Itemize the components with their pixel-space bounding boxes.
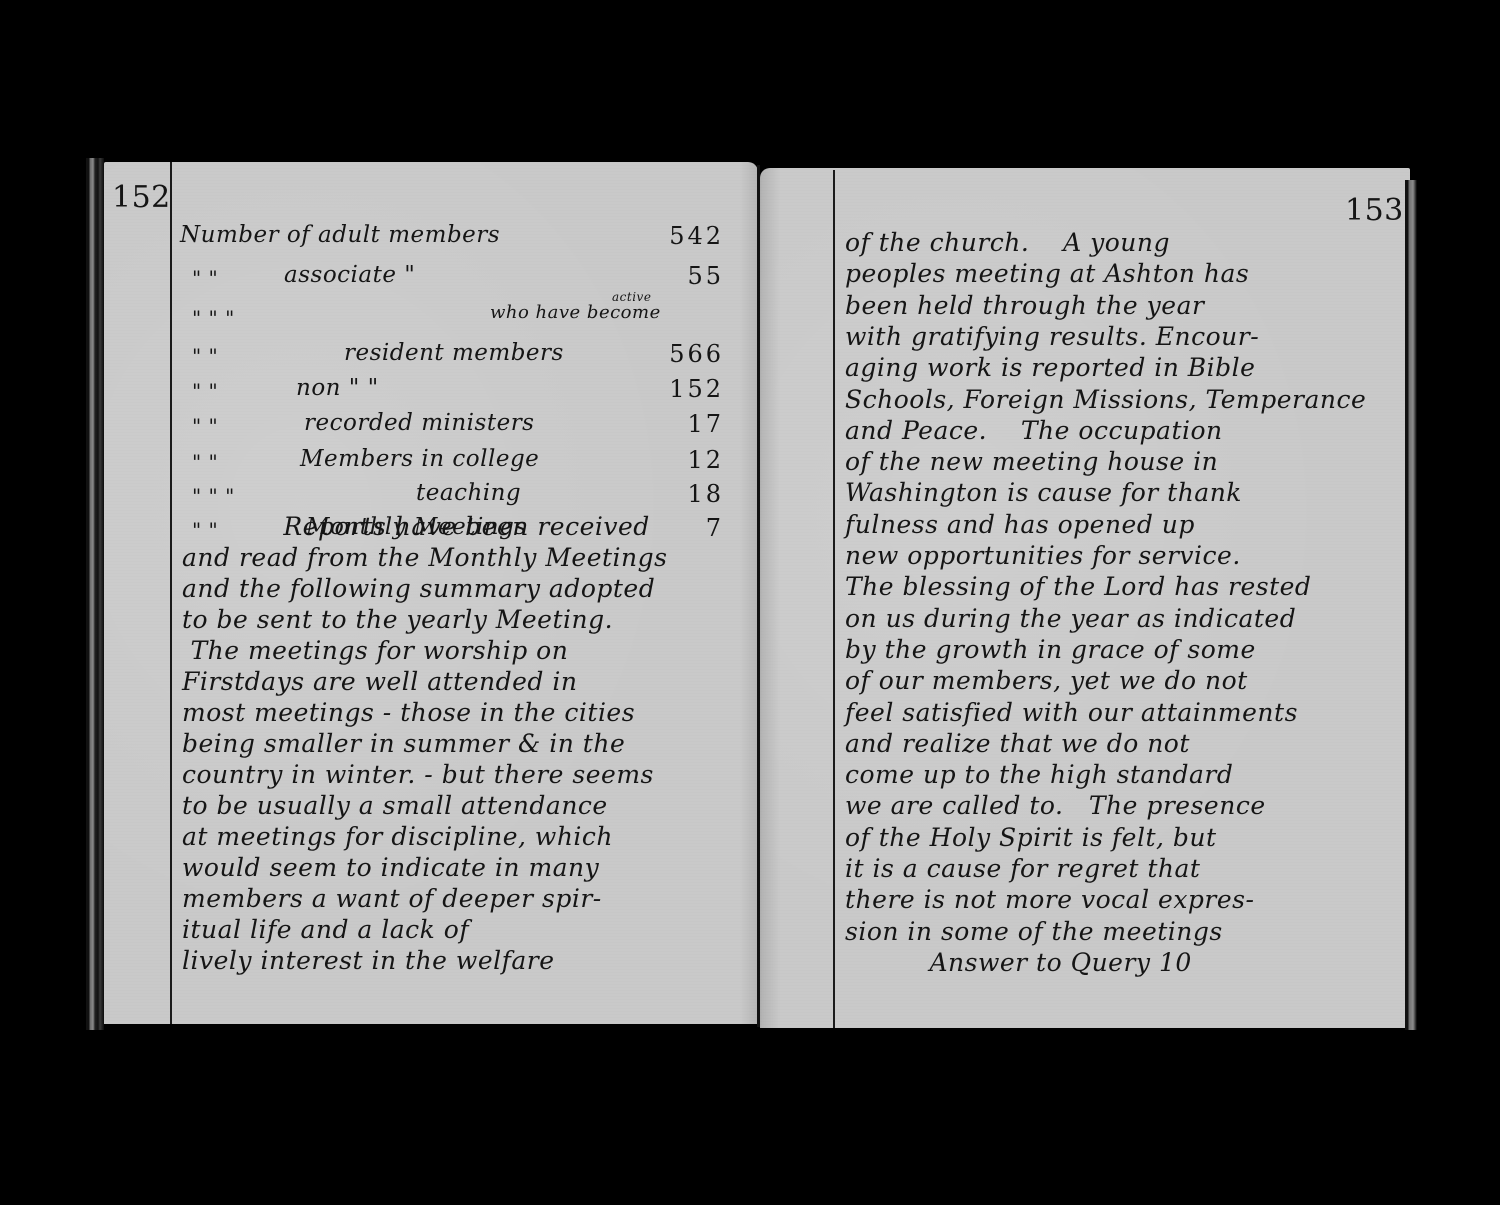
- page-number-right: 153: [1345, 193, 1404, 228]
- handwritten-line: and Peace. The occupation: [845, 416, 1223, 445]
- tally-row: " "resident members566: [180, 340, 740, 370]
- ditto-marks: " " ": [192, 484, 235, 508]
- tally-value: 17: [687, 410, 724, 438]
- right-page-edge: [1405, 180, 1417, 1030]
- tally-value: 7: [706, 514, 724, 542]
- handwritten-line: on us during the year as indicated: [845, 604, 1296, 633]
- handwritten-line: at meetings for discipline, which: [182, 822, 613, 851]
- tally-label: associate ": [284, 262, 415, 288]
- tally-row: " " "teaching18: [180, 480, 740, 510]
- ditto-marks: " ": [192, 450, 218, 474]
- handwritten-line: country in winter. - but there seems: [182, 760, 654, 789]
- handwritten-line: The meetings for worship on: [182, 636, 568, 665]
- handwritten-line: come up to the high standard: [845, 760, 1233, 789]
- ditto-marks: " " ": [192, 306, 235, 330]
- handwritten-line: itual life and a lack of: [182, 915, 469, 944]
- handwritten-line: The blessing of the Lord has rested: [845, 572, 1311, 601]
- tally-value: 55: [687, 262, 724, 290]
- ditto-marks: " ": [192, 414, 218, 438]
- tally-value: 18: [687, 480, 724, 508]
- handwritten-line: of our members, yet we do not: [845, 666, 1248, 695]
- tally-value: 152: [669, 375, 724, 403]
- handwritten-line: lively interest in the welfare: [182, 946, 555, 975]
- handwritten-line: Reports have been received: [182, 512, 650, 541]
- tally-label: resident members: [344, 340, 564, 366]
- tally-value: 566: [669, 340, 724, 368]
- left-binding-strip: [86, 158, 104, 1030]
- tally-row: Number of adult members542: [180, 222, 740, 252]
- ditto-marks: " ": [192, 379, 218, 403]
- tally-label: non " ": [296, 375, 379, 401]
- tally-label: Number of adult members: [180, 222, 500, 248]
- handwritten-line: it is a cause for regret that: [845, 854, 1200, 883]
- handwritten-line: of the church. A young: [845, 228, 1170, 257]
- handwritten-line: sion in some of the meetings: [845, 917, 1223, 946]
- handwritten-line: Washington is cause for thank: [845, 478, 1242, 507]
- left-margin-rule: [170, 162, 172, 1024]
- handwritten-line: there is not more vocal expres-: [845, 885, 1254, 914]
- handwritten-line: and realize that we do not: [845, 729, 1190, 758]
- handwritten-line: would seem to indicate in many: [182, 853, 599, 882]
- tally-label: teaching: [416, 480, 521, 506]
- handwritten-line: feel satisfied with our attainments: [845, 698, 1298, 727]
- handwritten-line: Answer to Query 10: [845, 948, 1192, 977]
- handwritten-line: of the new meeting house in: [845, 447, 1218, 476]
- handwritten-line: and read from the Monthly Meetings: [182, 543, 667, 572]
- tally-value: 12: [687, 446, 724, 474]
- page-number-left: 152: [112, 180, 171, 215]
- ditto-marks: " ": [192, 344, 218, 368]
- handwritten-line: and the following summary adopted: [182, 574, 655, 603]
- handwritten-line: we are called to. The presence: [845, 791, 1266, 820]
- handwritten-line: peoples meeting at Ashton has: [845, 259, 1249, 288]
- handwritten-line: Firstdays are well attended in: [182, 667, 577, 696]
- handwritten-line: been held through the year: [845, 291, 1204, 320]
- handwritten-line: being smaller in summer & in the: [182, 729, 625, 758]
- tally-insertion: active: [612, 290, 651, 304]
- handwritten-line: most meetings - those in the cities: [182, 698, 635, 727]
- tally-value: 542: [669, 222, 724, 250]
- handwritten-line: new opportunities for service.: [845, 541, 1241, 570]
- handwritten-line: of the Holy Spirit is felt, but: [845, 823, 1217, 852]
- handwritten-line: fulness and has opened up: [845, 510, 1195, 539]
- tally-label: Members in college: [300, 446, 539, 472]
- tally-row: " "associate "55: [180, 262, 740, 292]
- handwritten-line: with gratifying results. Encour-: [845, 322, 1259, 351]
- tally-row: " "recorded ministers17: [180, 410, 740, 440]
- tally-label: who have become: [490, 302, 661, 323]
- tally-row: " "non " "152: [180, 375, 740, 405]
- handwritten-line: to be usually a small attendance: [182, 791, 608, 820]
- tally-row: " "Members in college12: [180, 446, 740, 476]
- tally-row: " " "who have becomeactive: [180, 302, 740, 332]
- handwritten-line: Schools, Foreign Missions, Temperance: [845, 385, 1366, 414]
- ditto-marks: " ": [192, 266, 218, 290]
- book-spine: [757, 165, 760, 1027]
- right-margin-rule: [833, 170, 835, 1028]
- gutter-shadow: [740, 162, 780, 1028]
- handwritten-line: members a want of deeper spir-: [182, 884, 602, 913]
- handwritten-line: aging work is reported in Bible: [845, 353, 1255, 382]
- handwritten-line: to be sent to the yearly Meeting.: [182, 605, 613, 634]
- handwritten-line: by the growth in grace of some: [845, 635, 1256, 664]
- tally-label: recorded ministers: [304, 410, 535, 436]
